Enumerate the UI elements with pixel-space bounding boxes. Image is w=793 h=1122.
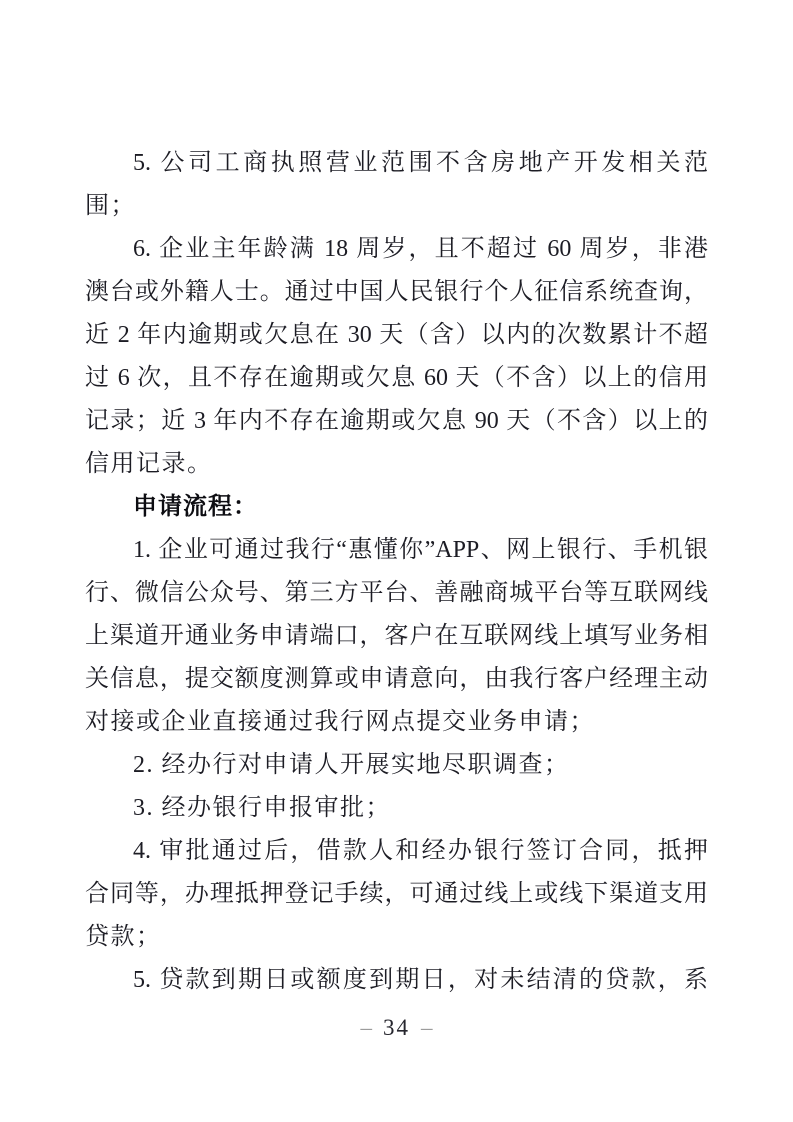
text-line: 过 6 次，且不存在逾期或欠息 60 天（不含）以上的信用 (85, 357, 708, 400)
text-line: 3. 经办银行申报审批； (85, 787, 708, 830)
text-line: 澳台或外籍人士。通过中国人民银行个人征信系统查询， (85, 271, 708, 314)
page-number: 34 (383, 1015, 410, 1040)
text-line: 上渠道开通业务申请端口，客户在互联网线上填写业务相 (85, 615, 708, 658)
text-line: 行、微信公众号、第三方平台、善融商城平台等互联网线 (85, 572, 708, 615)
text-line: 关信息，提交额度测算或申请意向，由我行客户经理主动 (85, 658, 708, 701)
section-heading: 申请流程： (85, 486, 708, 529)
text-line: 6. 企业主年龄满 18 周岁，且不超过 60 周岁，非港 (85, 228, 708, 271)
text-line: 5. 公司工商执照营业范围不含房地产开发相关范 (85, 142, 708, 185)
document-body: 5. 公司工商执照营业范围不含房地产开发相关范围；6. 企业主年龄满 18 周岁… (85, 142, 708, 1002)
text-line: 2. 经办行对申请人开展实地尽职调查； (85, 744, 708, 787)
document-page: 5. 公司工商执照营业范围不含房地产开发相关范围；6. 企业主年龄满 18 周岁… (0, 0, 793, 1122)
page-number-dash-right: – (421, 1015, 433, 1040)
text-line: 近 2 年内逾期或欠息在 30 天（含）以内的次数累计不超 (85, 314, 708, 357)
text-line: 1. 企业可通过我行“惠懂你”APP、网上银行、手机银 (85, 529, 708, 572)
page-footer: –34– (0, 1012, 793, 1044)
paragraph: 4. 审批通过后，借款人和经办银行签订合同，抵押合同等，办理抵押登记手续，可通过… (85, 830, 708, 959)
page-number-dash-left: – (361, 1015, 373, 1040)
paragraph: 1. 企业可通过我行“惠懂你”APP、网上银行、手机银行、微信公众号、第三方平台… (85, 529, 708, 744)
paragraph: 5. 贷款到期日或额度到期日，对未结清的贷款，系 (85, 959, 708, 1002)
text-line: 记录；近 3 年内不存在逾期或欠息 90 天（不含）以上的 (85, 400, 708, 443)
text-line: 信用记录。 (85, 443, 708, 486)
paragraph: 3. 经办银行申报审批； (85, 787, 708, 830)
text-line: 围； (85, 185, 708, 228)
text-line: 4. 审批通过后，借款人和经办银行签订合同，抵押 (85, 830, 708, 873)
text-line: 5. 贷款到期日或额度到期日，对未结清的贷款，系 (85, 959, 708, 1002)
text-line: 对接或企业直接通过我行网点提交业务申请； (85, 701, 708, 744)
paragraph: 6. 企业主年龄满 18 周岁，且不超过 60 周岁，非港澳台或外籍人士。通过中… (85, 228, 708, 486)
text-line: 合同等，办理抵押登记手续，可通过线上或线下渠道支用 (85, 873, 708, 916)
text-line: 申请流程： (85, 486, 708, 529)
text-line: 贷款； (85, 916, 708, 959)
paragraph: 2. 经办行对申请人开展实地尽职调查； (85, 744, 708, 787)
paragraph: 5. 公司工商执照营业范围不含房地产开发相关范围； (85, 142, 708, 228)
